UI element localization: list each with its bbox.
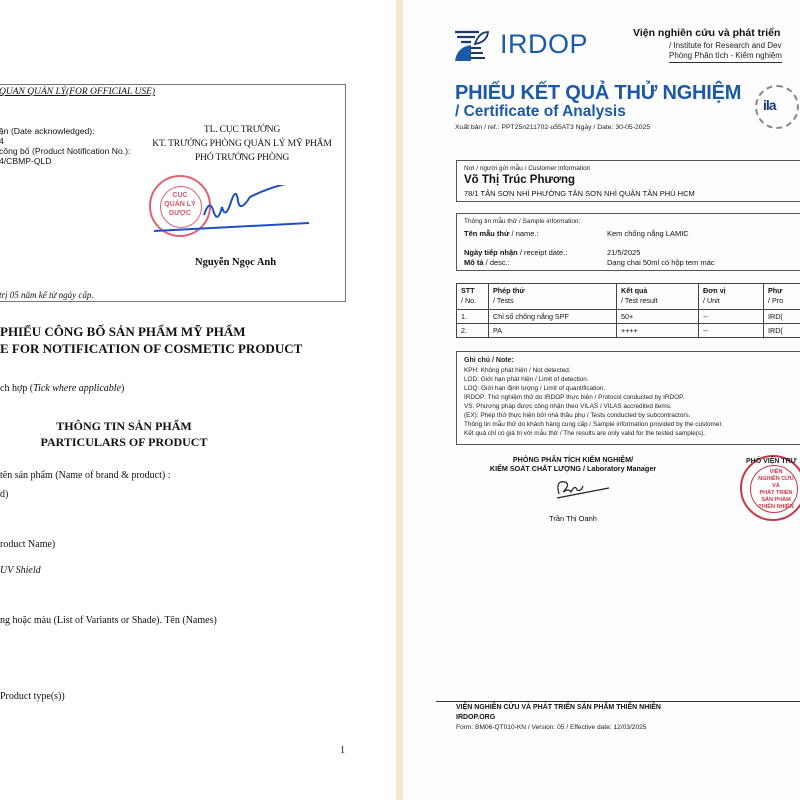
official-use-box: QUAN QUẢN LÝ(FOR OFFICIAL USE) ận (Date … xyxy=(0,84,346,302)
notification-no-label: công bố (Product Notification No.): xyxy=(0,146,130,156)
note-line: VS: Phương pháp được công nhận theo VILA… xyxy=(464,402,795,411)
certificate-of-analysis-page: IRDOP Viện nghiên cứu và phát triển / In… xyxy=(403,0,800,800)
lab-signature-icon xyxy=(553,478,613,500)
customer-address: 78/1 TÂN SƠN NHÌ PHƯỜNG TÂN SƠN NHÌ QUẬN… xyxy=(464,189,695,198)
certificate-ref: Xuất bản / ref.: PPT25n211702-u55AT3 Ngà… xyxy=(455,124,650,131)
column-header-protocol: Phư/ Pro xyxy=(764,284,800,310)
note-line: IRDOP: Thử nghiệm thử do IRDOP thực hiện… xyxy=(464,393,795,402)
product-name-label: roduct Name) xyxy=(0,539,55,550)
brand-value: d) xyxy=(0,489,8,500)
brand-label: tên sản phẩm (Name of brand & product) : xyxy=(0,470,171,481)
note-line: (EX): Phép thử thực hiện bởi nhà thầu ph… xyxy=(464,411,795,420)
test-results-table: STT/ No. Phép thử/ Tests Kết quả/ Test r… xyxy=(456,283,800,338)
lab-manager-name: Trần Thị Oanh xyxy=(473,514,673,523)
signer-name: Nguyễn Ngọc Anh xyxy=(195,257,276,268)
note-line: Kết quả chỉ có giá trị với mẫu thử / The… xyxy=(464,429,795,438)
footer-form-info: Form: BM06-QT010-KN / Version: 05 / Effe… xyxy=(456,724,646,731)
column-header-no: STT/ No. xyxy=(457,284,489,310)
note-line: KPH: Không phát hiện / Not detected. xyxy=(464,366,795,375)
page-number: 1 xyxy=(340,745,345,756)
director-title-partial: PHÓ VIỆN TRƯ xyxy=(746,458,797,465)
note-line: LOQ: Giới hạn định lượng / Limit of quan… xyxy=(464,384,795,393)
sample-info-box: Thông tin mẫu thử / Sample information: … xyxy=(456,213,800,271)
column-header-tests: Phép thử/ Tests xyxy=(489,284,617,310)
product-type-label: Product type(s)) xyxy=(0,691,65,702)
ilac-accreditation-icon: ila xyxy=(755,85,799,129)
validity-note: trị 05 năm kể từ ngày cấp. xyxy=(0,290,94,300)
footer-organization: VIỆN NGHIÊN CỨU VÀ PHÁT TRIỂN SẢN PHẨM T… xyxy=(456,704,661,711)
footer-divider xyxy=(436,701,800,702)
form-title: PHIẾU CÔNG BỐ SẢN PHẨM MỸ PHẨM E FOR NOT… xyxy=(0,323,302,357)
institute-name-en: / Institute for Research and Dev xyxy=(669,41,782,50)
customer-name: Võ Thị Trúc Phương xyxy=(464,174,575,186)
customer-info-label: Nơi / người gửi mẫu / Customer informati… xyxy=(464,165,590,172)
lab-manager-title: PHÒNG PHÂN TÍCH KIỂM NGHIỆM/ KIỂM SOÁT C… xyxy=(473,455,673,473)
sample-info-label: Thông tin mẫu thử / Sample information: xyxy=(464,218,580,225)
irdop-logo-text: IRDOP xyxy=(500,29,588,60)
variants-label: ng hoặc màu (List of Variants or Shade).… xyxy=(0,615,217,626)
description-label: Mô tả / desc.: xyxy=(464,258,510,267)
section-title: THÔNG TIN SẢN PHẨM PARTICULARS OF PRODUC… xyxy=(0,418,248,450)
customer-info-box: Nơi / người gửi mẫu / Customer informati… xyxy=(456,160,800,202)
column-header-unit: Đơn vị/ Unit xyxy=(699,284,764,310)
product-name-value: UV Shield xyxy=(0,565,41,576)
tick-instruction: ch hợp (Tick where applicable) xyxy=(0,383,124,394)
official-use-heading: QUAN QUẢN LÝ(FOR OFFICIAL USE) xyxy=(0,87,155,97)
date-acknowledged-value: 4 xyxy=(0,136,4,146)
department-name: Phòng Phân tích - Kiểm nghiệm xyxy=(669,51,782,63)
notification-form-page: QUAN QUẢN LÝ(FOR OFFICIAL USE) ận (Date … xyxy=(0,0,396,800)
description-value: Dạng chai 50ml có hộp tem mác xyxy=(607,258,715,267)
column-header-result: Kết quả/ Test result xyxy=(617,284,699,310)
receipt-date-value: 21/5/2025 xyxy=(607,248,640,257)
footer-website: IRDOP.ORG xyxy=(456,714,495,721)
date-acknowledged-label: ận (Date acknowledged): xyxy=(0,126,95,136)
table-row: 2. PA ++++ -- IRD( xyxy=(457,324,800,338)
certificate-title-vn: PHIẾU KẾT QUẢ THỬ NGHIỆM xyxy=(455,82,741,105)
note-line: Thông tin mẫu thử do khách hàng cung cấp… xyxy=(464,420,795,429)
notification-no-value: 4/CBMP-QLD xyxy=(0,156,52,166)
sample-name-label: Tên mẫu thử / name.: xyxy=(464,229,539,238)
note-line: LOD: Giới hạn phát hiện / Limit of detec… xyxy=(464,375,795,384)
sample-name-value: Kem chống nắng LAMIC xyxy=(607,229,689,238)
table-header-row: STT/ No. Phép thử/ Tests Kết quả/ Test r… xyxy=(457,284,800,310)
certificate-title-en: / Certificate of Analysis xyxy=(455,103,626,121)
notes-title: Ghi chú / Note: xyxy=(464,356,795,365)
receipt-date-label: Ngày tiếp nhận / receipt date.: xyxy=(464,248,567,257)
signatory-title: TL. CỤC TRƯỞNG KT. TRƯỞNG PHÒNG QUẢN LÝ … xyxy=(147,123,337,165)
page-gutter xyxy=(396,0,403,800)
table-row: 1. Chỉ số chống nắng SPF 50+ -- IRD( xyxy=(457,310,800,324)
signature-icon xyxy=(149,185,319,235)
institute-name-vn: Viện nghiên cứu và phát triển xyxy=(633,27,780,39)
irdop-logo-icon xyxy=(453,30,489,62)
notes-box: Ghi chú / Note: KPH: Không phát hiện / N… xyxy=(456,351,800,445)
